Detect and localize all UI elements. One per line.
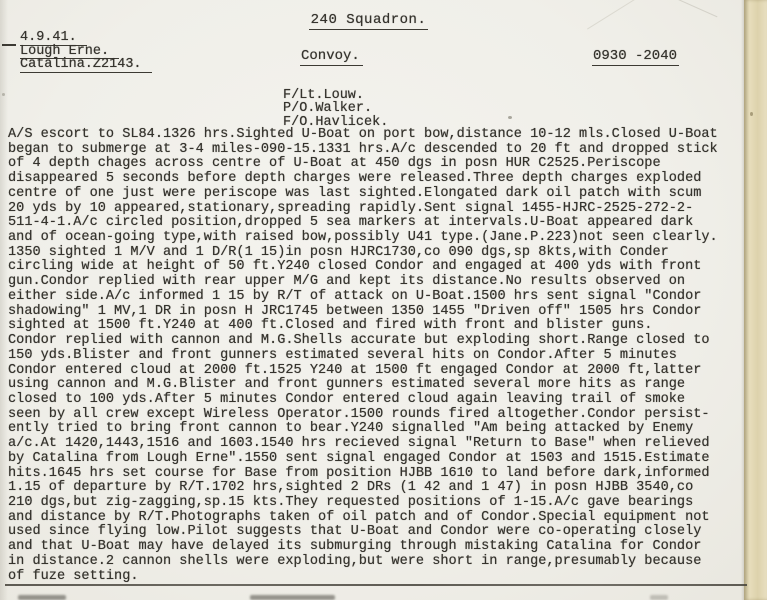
- time-up-down-text: 0930 -2040: [592, 48, 679, 66]
- report-line: either side.A/c informed 1 15 by R/T of …: [8, 290, 753, 305]
- time-up-down: 0930 -2040: [592, 48, 679, 64]
- crew-member: P/O.Walker.: [283, 102, 388, 115]
- report-line: a/c.At 1420,1443,1516 and 1603.1540 hrs …: [8, 437, 753, 452]
- squadron-title: 240 Squadron.: [0, 12, 737, 28]
- report-line: Condor entered cloud at 2000 ft.1525 Y24…: [8, 364, 753, 379]
- cutoff-text-fragment: [650, 595, 668, 600]
- crew-list: F/Lt.Louw. P/O.Walker. F/O.Havlicek.: [283, 89, 388, 129]
- duty-heading: Convoy.: [300, 48, 363, 64]
- report-line: of 4 depth chages across centre of U-Boa…: [8, 157, 753, 172]
- report-line: 511-4-1.A/c circled position,dropped 5 s…: [8, 216, 753, 231]
- report-line: in distance.2 cannon shells were explodi…: [8, 555, 753, 570]
- report-line: 1.15 of departure by R/T.1702 hrs,sighte…: [8, 481, 753, 496]
- cutoff-text-fragment: [250, 595, 335, 600]
- duty-heading-text: Convoy.: [300, 48, 363, 66]
- report-line: shadowing" 1 MV,1 DR in posn H JRC1745 b…: [8, 305, 753, 320]
- report-line: ently tried to bring front cannon to bea…: [8, 422, 753, 437]
- report-line: disappeared 5 seconds before depth charg…: [8, 172, 753, 187]
- crew-member: F/Lt.Louw.: [283, 89, 388, 102]
- report-line: 20 yds by 10 appeared,stationary,spreadi…: [8, 202, 753, 217]
- squadron-title-text: 240 Squadron.: [309, 12, 429, 30]
- sortie-aircraft: Catalina.Z2143.: [20, 58, 152, 73]
- report-line: used since flying low.Pilot suggests tha…: [8, 525, 753, 540]
- report-line: circling wide at height of 50 ft.Y240 cl…: [8, 260, 753, 275]
- cutoff-text-fragment: [18, 595, 66, 600]
- operations-record-page: 240 Squadron. 4.9.41. Lough Erne. Catali…: [0, 0, 767, 600]
- report-body: A/S escort to SL84.1326 hrs.Sighted U-Bo…: [8, 128, 753, 584]
- report-line: 1350 sighted 1 M/V and 1 D/R(1 15)in pos…: [8, 246, 753, 261]
- report-line: by Catalina from Lough Erne".1550 sent s…: [8, 452, 753, 467]
- sortie-header-left: 4.9.41. Lough Erne. Catalina.Z2143.: [20, 31, 152, 72]
- report-line: 150 yds.Blister and front gunners estima…: [8, 349, 753, 364]
- report-line: using cannon and M.G.Blister and front g…: [8, 378, 753, 393]
- report-line: and distance by R/T.Photographs taken of…: [8, 511, 753, 526]
- report-line: gun.Condor replied with rear upper M/G a…: [8, 275, 753, 290]
- margin-dash: [2, 44, 16, 46]
- paper-left-shading: [0, 0, 8, 600]
- report-line: sighted at 1500 ft.Y240 at 400 ft.Closed…: [8, 319, 753, 334]
- report-line: began to submerge at 3-4 miles-090-15.13…: [8, 143, 753, 158]
- report-line: hits.1645 hrs set course for Base from p…: [8, 467, 753, 482]
- report-line: A/S escort to SL84.1326 hrs.Sighted U-Bo…: [8, 128, 753, 143]
- report-line: 210 dgs,but zig-zagging,sp.15 kts.They r…: [8, 496, 753, 511]
- paper-speckle: [750, 112, 753, 116]
- report-line: seen by all crew except Wireless Operato…: [8, 408, 753, 423]
- report-line: and that U-Boat may have delayed its sub…: [8, 540, 753, 555]
- report-line: and of ocean-going type,with raised bow,…: [8, 231, 753, 246]
- report-line: closed to 100 yds.After 5 minutes Condor…: [8, 393, 753, 408]
- report-line: of fuze setting.: [8, 570, 753, 585]
- end-of-entry-rule: [5, 584, 747, 586]
- paper-speckle: [2, 93, 5, 96]
- paper-speckle: [508, 116, 512, 119]
- report-line: Condor replied with cannon and M.G.Shell…: [8, 334, 753, 349]
- report-line: centre of one just were periscope was la…: [8, 187, 753, 202]
